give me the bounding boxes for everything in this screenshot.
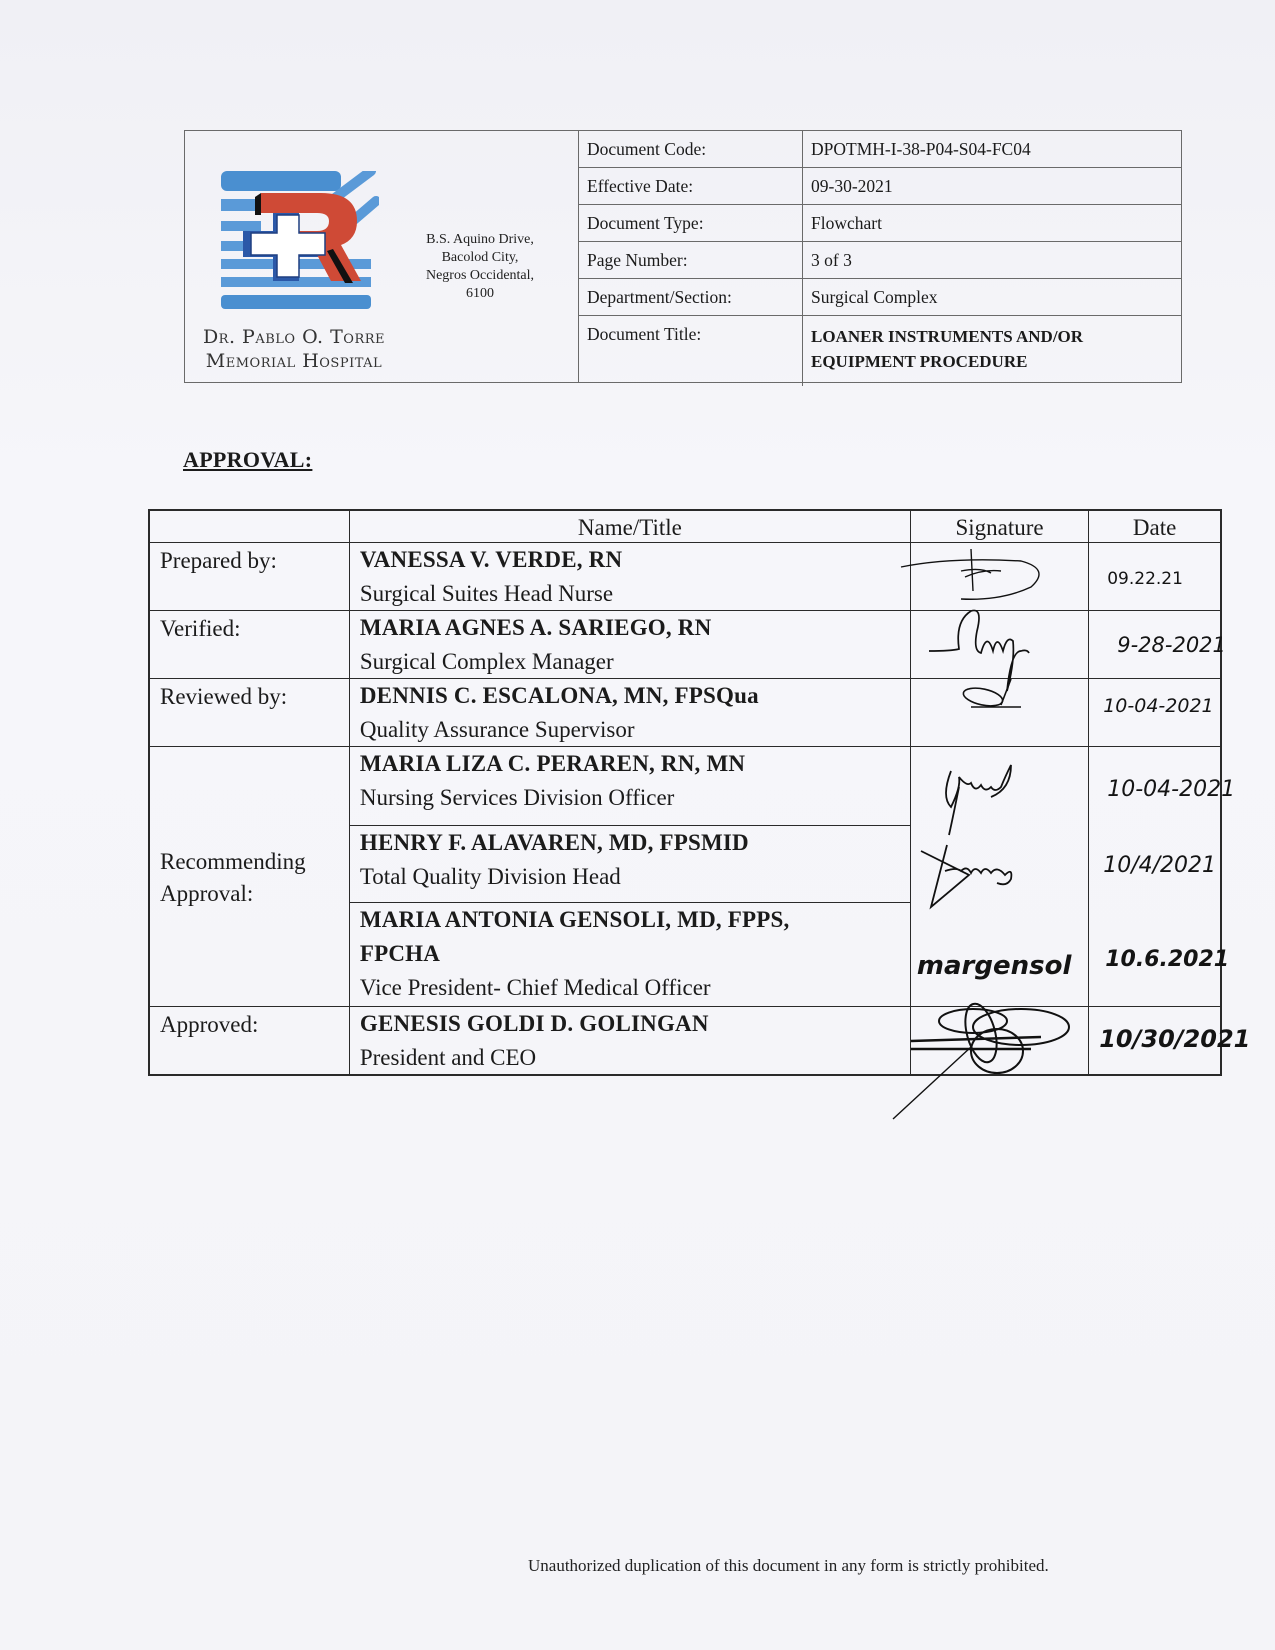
signature-cell	[910, 611, 1088, 679]
name-title-cell: DENNIS C. ESCALONA, MN, FPSQua Quality A…	[349, 679, 910, 747]
approval-row-recommending-1: Recommending Approval: MARIA LIZA C. PER…	[149, 747, 1221, 826]
hospital-name-line-2: Memorial Hospital	[185, 349, 403, 373]
name-title-cell: GENESIS GOLDI D. GOLINGAN President and …	[349, 1007, 910, 1076]
handwritten-date: 9-28-2021	[1117, 633, 1226, 657]
handwritten-date: 10-04-2021	[1103, 695, 1213, 717]
document-meta-table: Document Code: DPOTMH-I-38-P04-S04-FC04 …	[579, 131, 1181, 386]
signature-cell	[910, 679, 1088, 747]
column-header-date: Date	[1089, 510, 1221, 543]
address-line: Negros Occidental,	[405, 267, 555, 285]
person-name: MARIA ANTONIA GENSOLI, MD, FPPS, FPCHA	[360, 903, 830, 971]
role-label: Verified:	[149, 611, 349, 679]
signature-cell	[910, 543, 1088, 611]
approval-heading: APPROVAL:	[183, 447, 312, 473]
handwritten-date: 10/4/2021	[1103, 853, 1216, 878]
signature-icon	[911, 1007, 1089, 1073]
meta-row-page-number: Page Number: 3 of 3	[579, 242, 1181, 279]
date-cell: 09.22.21	[1089, 543, 1221, 611]
document-header: Dr. Pablo O. Torre Memorial Hospital B.S…	[184, 130, 1182, 383]
handwritten-date: 10-04-2021	[1107, 777, 1235, 802]
person-title: Nursing Services Division Officer	[360, 781, 900, 814]
role-label: Prepared by:	[149, 543, 349, 611]
signature-icon	[911, 543, 1089, 611]
person-name: GENESIS GOLDI D. GOLINGAN	[360, 1007, 900, 1041]
meta-label: Document Type:	[579, 205, 803, 242]
handwritten-date: 09.22.21	[1107, 569, 1183, 589]
column-header-role	[149, 510, 349, 543]
name-title-cell: HENRY F. ALAVAREN, MD, FPSMID Total Qual…	[349, 826, 910, 903]
handwritten-date: 10/30/2021	[1099, 1025, 1250, 1053]
person-title: President and CEO	[360, 1041, 900, 1074]
meta-row-document-code: Document Code: DPOTMH-I-38-P04-S04-FC04	[579, 131, 1181, 168]
person-name: DENNIS C. ESCALONA, MN, FPSQua	[360, 679, 900, 713]
person-name: HENRY F. ALAVAREN, MD, FPSMID	[360, 826, 900, 860]
approval-row-prepared: Prepared by: VANESSA V. VERDE, RN Surgic…	[149, 543, 1221, 611]
hospital-branding: Dr. Pablo O. Torre Memorial Hospital B.S…	[185, 131, 579, 382]
person-name: MARIA AGNES A. SARIEGO, RN	[360, 611, 900, 645]
page-number-value: 3 of 3	[803, 242, 1182, 279]
meta-row-document-title: Document Title: LOANER INSTRUMENTS AND/O…	[579, 316, 1181, 386]
date-cell: 10/30/2021	[1089, 1007, 1221, 1076]
person-title: Surgical Suites Head Nurse	[360, 577, 900, 610]
approval-row-approved: Approved: GENESIS GOLDI D. GOLINGAN Pres…	[149, 1007, 1221, 1076]
approval-header-row: Name/Title Signature Date	[149, 510, 1221, 543]
role-label: Reviewed by:	[149, 679, 349, 747]
handwritten-date: 10.6.2021	[1105, 947, 1229, 972]
person-title: Quality Assurance Supervisor	[360, 713, 900, 746]
name-title-cell: MARIA ANTONIA GENSOLI, MD, FPPS, FPCHA V…	[349, 903, 910, 1007]
meta-label: Document Title:	[579, 316, 803, 386]
date-cell: 9-28-2021	[1089, 611, 1221, 679]
address-line: 6100	[405, 285, 555, 303]
meta-label: Effective Date:	[579, 168, 803, 205]
person-title: Surgical Complex Manager	[360, 645, 900, 678]
meta-label: Document Code:	[579, 131, 803, 168]
person-title: Vice President- Chief Medical Officer	[360, 971, 900, 1004]
address-line: B.S. Aquino Drive,	[405, 231, 555, 249]
date-cell: 10-04-2021 10/4/2021 10.6.2021	[1089, 747, 1221, 1007]
meta-row-document-type: Document Type: Flowchart	[579, 205, 1181, 242]
hospital-name: Dr. Pablo O. Torre Memorial Hospital	[185, 325, 403, 373]
role-label: Recommending Approval:	[149, 747, 349, 1007]
name-title-cell: MARIA AGNES A. SARIEGO, RN Surgical Comp…	[349, 611, 910, 679]
meta-label: Page Number:	[579, 242, 803, 279]
approval-table: Name/Title Signature Date Prepared by: V…	[148, 509, 1222, 1076]
column-header-name-title: Name/Title	[349, 510, 910, 543]
person-title: Total Quality Division Head	[360, 860, 900, 893]
meta-label: Department/Section:	[579, 279, 803, 316]
hospital-r-cross-logo-icon	[221, 171, 379, 329]
meta-row-department: Department/Section: Surgical Complex	[579, 279, 1181, 316]
signature-cell: margensol	[910, 747, 1088, 1007]
approval-row-verified: Verified: MARIA AGNES A. SARIEGO, RN Sur…	[149, 611, 1221, 679]
effective-date-value: 09-30-2021	[803, 168, 1182, 205]
document-code-value: DPOTMH-I-38-P04-S04-FC04	[803, 131, 1182, 168]
duplication-notice: Unauthorized duplication of this documen…	[528, 1556, 1049, 1576]
signature-text: margensol	[917, 951, 1071, 981]
role-label: Approved:	[149, 1007, 349, 1076]
document-type-value: Flowchart	[803, 205, 1182, 242]
address-line: Bacolod City,	[405, 249, 555, 267]
person-name: MARIA LIZA C. PERAREN, RN, MN	[360, 747, 900, 781]
person-name: VANESSA V. VERDE, RN	[360, 543, 900, 577]
approval-row-reviewed: Reviewed by: DENNIS C. ESCALONA, MN, FPS…	[149, 679, 1221, 747]
column-header-signature: Signature	[910, 510, 1088, 543]
department-value: Surgical Complex	[803, 279, 1182, 316]
signature-icon	[911, 611, 1089, 679]
hospital-address: B.S. Aquino Drive, Bacolod City, Negros …	[405, 231, 555, 303]
meta-row-effective-date: Effective Date: 09-30-2021	[579, 168, 1181, 205]
date-cell: 10-04-2021	[1089, 679, 1221, 747]
name-title-cell: MARIA LIZA C. PERAREN, RN, MN Nursing Se…	[349, 747, 910, 826]
hospital-name-line-1: Dr. Pablo O. Torre	[185, 325, 403, 349]
document-title-value: LOANER INSTRUMENTS AND/OR EQUIPMENT PROC…	[803, 316, 1182, 386]
signature-icon	[911, 679, 1089, 745]
name-title-cell: VANESSA V. VERDE, RN Surgical Suites Hea…	[349, 543, 910, 611]
signature-cell	[910, 1007, 1088, 1076]
